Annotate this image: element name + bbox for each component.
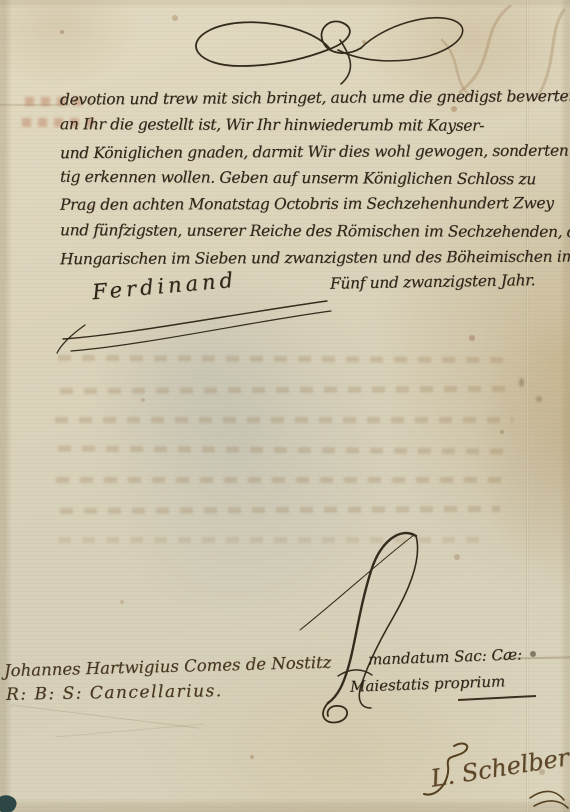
ink-smudge <box>536 396 542 402</box>
initial-a-flourish-icon <box>298 526 430 726</box>
corner-ink-mark <box>0 792 19 812</box>
bleedthrough-line <box>60 506 500 514</box>
bleedthrough-line <box>55 417 513 423</box>
body-text-line: an Ihr die gestellt ist, Wir Ihr hinwied… <box>60 114 525 136</box>
signature-paraph-flourish-icon <box>55 295 340 357</box>
top-calligraphic-flourish-icon <box>180 2 475 88</box>
manuscript-page: devotion und trew mit sich bringet, auch… <box>0 0 570 812</box>
ink-smudge <box>519 378 524 387</box>
diagonal-crease <box>55 723 205 737</box>
mandatum-underline <box>458 695 536 701</box>
diagonal-crease <box>11 704 200 728</box>
countersignature-flourish-icon <box>418 738 568 812</box>
bleedthrough-line <box>56 477 511 483</box>
body-text-line: und Königlichen gnaden, darmit Wir dies … <box>60 141 525 163</box>
bleedthrough-line <box>60 386 510 394</box>
chancellor-name-line: Johannes Hartwigius Comes de Nostitz <box>4 653 332 681</box>
body-text-line: tig erkennen wollen. Geben auf unserm Kö… <box>60 167 525 189</box>
body-text-line: Prag den achten Monatstag Octobris im Se… <box>60 193 525 215</box>
body-text-line: und fünfzigsten, unserer Reiche des Römi… <box>60 220 525 242</box>
body-text-line: devotion und trew mit sich bringet, auch… <box>60 86 525 109</box>
foxing-dots <box>60 30 64 34</box>
dateline-year: Fünf und zwanzigsten Jahr. <box>330 270 530 293</box>
vertical-fold-crease <box>526 0 529 812</box>
body-text-line: Hungarischen im Sieben und zwanzigsten u… <box>60 247 525 269</box>
bleedthrough-line <box>58 445 510 454</box>
chancellor-title-line: R: B: S: Cancellarius. <box>6 681 223 705</box>
